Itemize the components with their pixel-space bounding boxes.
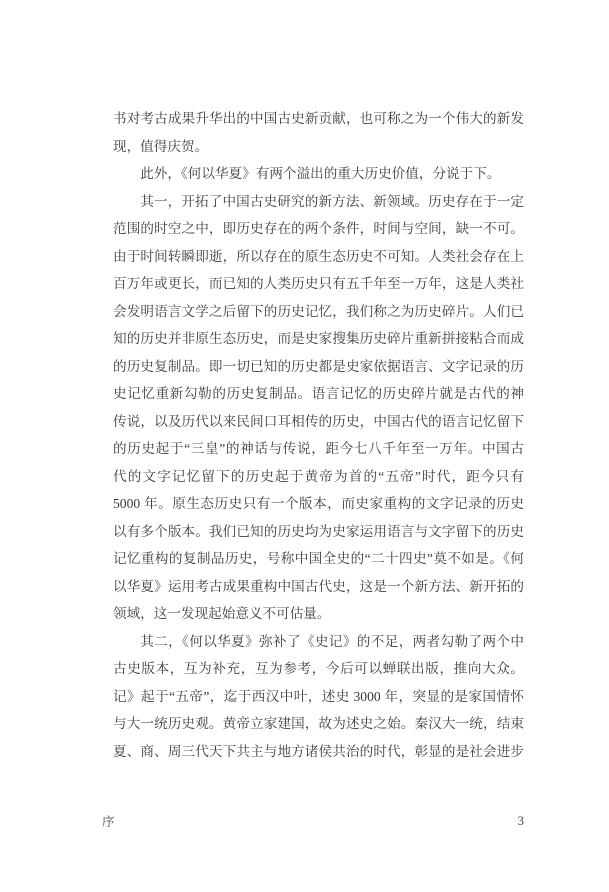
text-line: 以有多个版本。我们已知的历史均为史家运用语言与文字留下的历史 <box>113 518 524 546</box>
page-body: 书对考古成果升华出的中国古史新贡献，也可称之为一个伟大的新发现，值得庆贺。此外，… <box>113 105 524 765</box>
text-line: 的历史复制品。即一切已知的历史都是史家依据语言、文字记录的历 <box>113 353 524 381</box>
text-line: 的历史起于“三皇”的神话与传说，距今七八千年至一万年。中国古 <box>113 435 524 463</box>
footer-section-title: 序 <box>102 812 115 830</box>
text-line: 记》起于“五帝”，迄于西汉中叶，述史 3000 年，突显的是家国情怀 <box>113 683 524 711</box>
text-line: 其一，开拓了中国古史研究的新方法、新领域。历史存在于一定 <box>113 188 524 216</box>
document-page: 书对考古成果升华出的中国古史新贡献，也可称之为一个伟大的新发现，值得庆贺。此外，… <box>0 0 609 892</box>
text-line: 知的历史并非原生态历史，而是史家搜集历史碎片重新拼接粘合而成 <box>113 325 524 353</box>
text-line: 领域，这一发现起始意义不可估量。 <box>113 600 524 628</box>
text-line: 百万年或更长，而已知的人类历史只有五千年至一万年，这是人类社 <box>113 270 524 298</box>
text-line: 其二，《何以华夏》弥补了《史记》的不足，两者勾勒了两个中国 <box>113 628 524 656</box>
page-number: 3 <box>518 813 525 829</box>
text-line: 现，值得庆贺。 <box>113 133 524 161</box>
text-line: 史记忆重新勾勒的历史复制品。语言记忆的历史碎片就是古代的神话、 <box>113 380 524 408</box>
text-line: 传说，以及历代以来民间口耳相传的历史，中国古代的语言记忆留下 <box>113 408 524 436</box>
page-footer: 序 3 <box>102 812 524 830</box>
text-line: 此外，《何以华夏》有两个溢出的重大历史价值，分说于下。 <box>113 160 524 188</box>
text-line: 与大一统历史观。黄帝立家建国，故为述史之始。秦汉大一统，结束 <box>113 710 524 738</box>
text-line: 5000 年。原生态历史只有一个版本，而史家重构的文字记录的历史可 <box>113 490 524 518</box>
text-line: 夏、商、周三代天下共主与地方诸侯共治的时代，彰显的是社会进步 <box>113 738 524 766</box>
text-line: 古史版本，互为补充，互为参考，今后可以蝉联出版，推向大众。《史 <box>113 655 524 683</box>
text-line: 范围的时空之中，即历史存在的两个条件，时间与空间，缺一不可。 <box>113 215 524 243</box>
text-line: 代的文字记忆留下的历史起于黄帝为首的“五帝”时代，距今只有 <box>113 463 524 491</box>
text-line: 由于时间转瞬即逝，所以存在的原生态历史不可知。人类社会存在上 <box>113 243 524 271</box>
text-line: 记忆重构的复制品历史，号称中国全史的“二十四史”莫不如是。《何 <box>113 545 524 573</box>
text-line: 会发明语言文学之后留下的历史记忆，我们称之为历史碎片。人们已 <box>113 298 524 326</box>
text-line: 以华夏》运用考古成果重构中国古代史，这是一个新方法、新开拓的 <box>113 573 524 601</box>
text-line: 书对考古成果升华出的中国古史新贡献，也可称之为一个伟大的新发 <box>113 105 524 133</box>
